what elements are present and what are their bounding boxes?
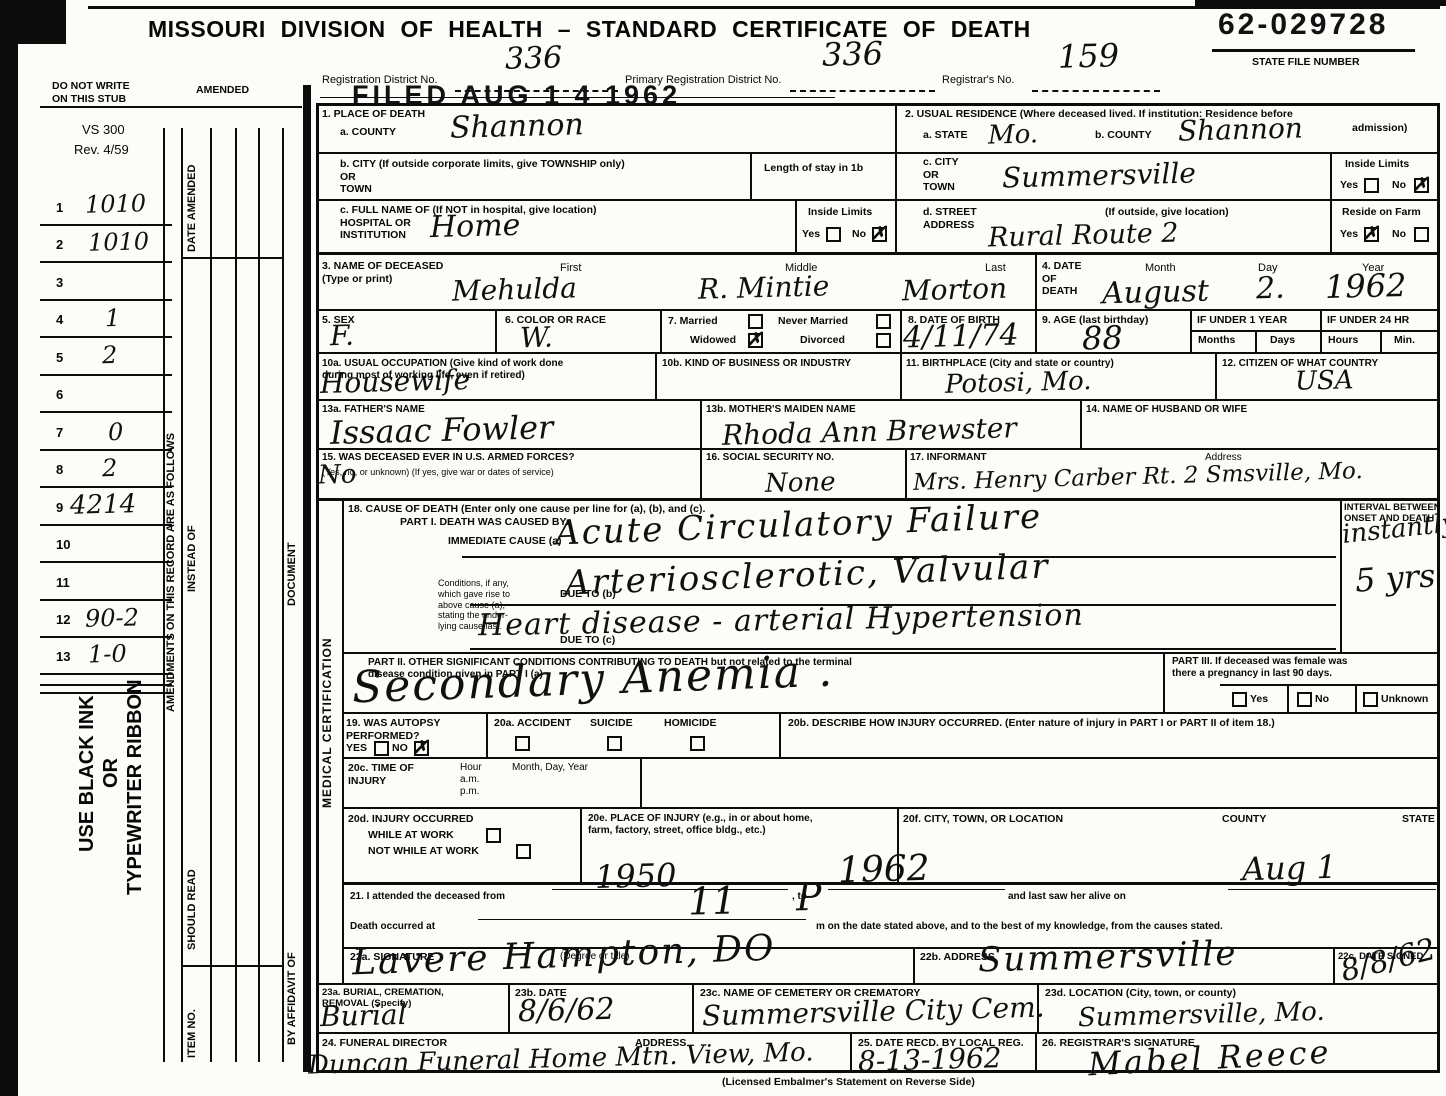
grid-line — [320, 97, 835, 98]
checkbox-never-married — [876, 314, 891, 329]
ur-county-value: Shannon — [1178, 114, 1304, 145]
state-file-number-label: STATE FILE NUMBER — [1252, 56, 1360, 69]
grid-line — [1032, 90, 1160, 92]
medical-certification-label: MEDICAL CERTIFICATION — [320, 637, 334, 808]
grid-line — [1228, 889, 1436, 890]
ur-state-value: Mo. — [988, 121, 1039, 148]
grid-line — [316, 983, 1440, 985]
grid-line — [316, 103, 1440, 106]
checkbox-married — [748, 314, 763, 329]
stub-row-value: 2 — [102, 456, 118, 480]
citizen-value: USA — [1295, 367, 1354, 395]
grid-line — [750, 152, 752, 199]
grid-line — [1080, 399, 1082, 448]
grid-line — [1163, 652, 1165, 712]
grid-line — [316, 352, 1440, 354]
grid-line — [342, 757, 1440, 759]
grid-line — [850, 1032, 852, 1070]
document-label: DOCUMENT — [286, 542, 298, 606]
should-read-label: SHOULD READ — [186, 869, 198, 950]
checkbox-pregnancy-no — [1297, 692, 1312, 707]
pod-county-value: Shannon — [450, 110, 585, 143]
last-saw-value: Aug 1 — [1242, 851, 1338, 885]
grid-line — [552, 889, 788, 890]
death-occurred-label: Death occurred at — [350, 921, 435, 933]
burial-date-value: 8/6/62 — [518, 995, 615, 1028]
grid-line — [580, 807, 582, 882]
no-label: No — [1392, 228, 1406, 241]
grid-line — [181, 257, 282, 259]
yes-caps-label: YES — [346, 742, 367, 755]
armed-forces-value: No — [318, 462, 357, 489]
stub-row-value: 1 — [105, 306, 121, 330]
checkbox-pregnancy-unknown — [1363, 692, 1378, 707]
grid-line — [640, 757, 642, 807]
ssn-label: 16. SOCIAL SECURITY NO. — [706, 452, 834, 464]
grid-line — [655, 352, 657, 399]
cemetery-value: Summersville City Cem. — [702, 994, 1045, 1031]
length-of-stay-label: Length of stay in 1b — [764, 162, 863, 175]
stub-row-num: 7 — [56, 425, 63, 441]
grid-line — [795, 199, 797, 252]
registrar-no-label: Registrar's No. — [942, 74, 1014, 87]
grid-line — [40, 299, 172, 301]
attended-from-value: 1950 — [595, 859, 677, 893]
time-of-injury-label: 20c. TIME OF INJURY — [348, 762, 414, 787]
grid-line — [1355, 684, 1357, 712]
grid-line — [1220, 684, 1440, 686]
part1-label: PART I. DEATH WAS CAUSED BY: — [400, 516, 569, 529]
grid-line — [660, 309, 662, 352]
sex-value: F. — [330, 322, 355, 351]
stub-row-num: 8 — [56, 462, 63, 478]
father-name-value: Issaac Fowler — [330, 411, 554, 449]
min-label: Min. — [1394, 334, 1415, 347]
grid-line — [900, 352, 902, 399]
stub-row-value: 1-0 — [88, 641, 127, 666]
grid-line — [210, 128, 212, 1062]
grid-line — [1255, 330, 1257, 352]
usual-residence-label: 2. USUAL RESIDENCE (Where deceased lived… — [905, 108, 1430, 121]
disposition-location-value: Summersville, Mo. — [1078, 999, 1325, 1031]
death-occurred-note: m on the date stated above, and to the b… — [816, 921, 1223, 933]
grid-line — [316, 498, 1440, 501]
stub-row-value: 4214 — [70, 491, 137, 519]
inside-limits-label: Inside Limits — [808, 206, 872, 219]
grid-line — [342, 652, 1440, 654]
grid-line — [1035, 1032, 1037, 1070]
ur-city-label: c. CITY OR TOWN — [923, 156, 959, 194]
grid-line — [1437, 103, 1440, 1072]
yes-label: Yes — [802, 228, 820, 241]
grid-line — [181, 965, 282, 967]
checkbox-divorced — [876, 333, 891, 348]
grid-line — [779, 712, 781, 757]
informant-value: Mrs. Henry Carber Rt. 2 Smsville, Mo. — [913, 460, 1363, 495]
stub-row-value: 0 — [108, 420, 124, 444]
birthplace-value: Potosi, Mo. — [945, 368, 1092, 398]
primary-district-value: 336 — [822, 37, 884, 71]
filed-stamp: FILED AUG 1 4 1962 — [352, 80, 681, 111]
reside-on-farm-label: Reside on Farm — [1342, 206, 1421, 219]
grid-line — [40, 561, 172, 563]
checkbox-farm-no — [1414, 227, 1429, 242]
date-recd-value: 8-13-1962 — [858, 1044, 1002, 1076]
grid-line — [40, 684, 172, 686]
part3-label: PART III. If deceased was female was the… — [1172, 656, 1347, 680]
checkbox-autopsy-yes — [374, 741, 389, 756]
grid-line — [316, 399, 1440, 401]
death-month-value: August — [1102, 277, 1210, 310]
grid-line — [316, 252, 1440, 255]
typewriter-ribbon-label: TYPEWRITER RIBBON — [124, 679, 147, 895]
spouse-label: 14. NAME OF HUSBAND OR WIFE — [1086, 404, 1247, 416]
grid-line — [282, 128, 284, 1062]
month-label: Month — [1145, 262, 1176, 275]
grid-line — [342, 712, 1440, 714]
grid-line — [258, 128, 260, 1062]
ur-street-value: Rural Route 2 — [988, 220, 1179, 252]
checkbox-while-at-work — [486, 828, 501, 843]
stub-row-value: 90-2 — [85, 605, 140, 630]
last-saw-label: and last saw her alive on — [1008, 891, 1126, 903]
days-label: Days — [1270, 334, 1295, 347]
stub-row-num: 12 — [56, 612, 70, 628]
no-label: No — [1392, 179, 1406, 192]
divorced-label: Divorced — [800, 334, 845, 347]
usual-residence-label2: admission) — [1352, 122, 1407, 135]
grid-line — [40, 261, 172, 263]
place-of-injury-label: 20e. PLACE OF INJURY (e.g., in or about … — [588, 813, 812, 837]
grid-line — [486, 712, 488, 757]
registrar-no-value: 159 — [1058, 39, 1120, 73]
grid-line — [40, 336, 172, 338]
informant-label: 17. INFORMANT — [910, 452, 987, 464]
homicide-label: HOMICIDE — [664, 717, 717, 730]
grid-line — [700, 448, 702, 498]
grid-line — [1190, 330, 1440, 332]
grid-line — [316, 152, 1440, 154]
state-file-number: 62-029728 — [1218, 8, 1388, 42]
no-caps-label: NO — [392, 742, 408, 755]
grid-line — [905, 448, 907, 498]
death-time-value: 11 — [688, 881, 737, 920]
stub-row-value: 1010 — [85, 191, 147, 217]
yes-label: Yes — [1340, 179, 1358, 192]
unknown-label: Unknown — [1381, 693, 1428, 706]
form-left-border — [303, 85, 311, 1072]
form-number: VS 300 — [82, 122, 125, 138]
ur-county-label: b. COUNTY — [1095, 129, 1152, 142]
grid-line — [40, 524, 172, 526]
stub-row-value: 1010 — [88, 229, 150, 255]
dob-value: 4/11/74 — [903, 320, 1019, 353]
first-name-value: Mehulda — [452, 274, 578, 305]
grid-line — [1212, 49, 1415, 52]
checkbox-pod-inside-no — [872, 227, 887, 242]
ssn-value: None — [765, 469, 836, 497]
ur-street-note: (If outside, give location) — [1105, 206, 1229, 219]
checkbox-pod-inside-yes — [826, 227, 841, 242]
yes-label: Yes — [1340, 228, 1358, 241]
inside-limits-label: Inside Limits — [1345, 158, 1409, 171]
item-no-label: ITEM NO. — [186, 1009, 198, 1058]
stub-row-num: 13 — [56, 649, 70, 665]
ur-city-value: Summersville — [1002, 159, 1197, 192]
grid-line — [508, 983, 510, 1032]
death-day-value: 2. — [1256, 274, 1285, 305]
county-label: COUNTY — [1222, 813, 1266, 826]
amendments-note: AMENDMENTS ON THIS RECORD ARE AS FOLLOWS — [165, 433, 177, 712]
stub-row-num: 6 — [56, 387, 63, 403]
grid-line — [470, 648, 1336, 650]
attended-to-value: 1962 — [838, 851, 931, 889]
no-label: No — [852, 228, 866, 241]
grid-line — [692, 983, 694, 1032]
never-married-label: Never Married — [778, 315, 848, 328]
state-label: STATE — [1402, 813, 1435, 826]
embalmer-note: (Licensed Embalmer's Statement on Revers… — [722, 1076, 975, 1089]
grid-line — [1035, 252, 1037, 352]
grid-line — [1380, 330, 1382, 352]
date-signed-value: 8/8/62 — [1338, 935, 1439, 987]
hour-ampm-label: Hour a.m. p.m. — [460, 762, 482, 798]
stub-row-num: 3 — [56, 275, 63, 291]
if-under-1-year-label: IF UNDER 1 YEAR — [1197, 314, 1287, 327]
due-to-c-value: Heart disease - arterial Hypertension — [478, 601, 1084, 642]
checkbox-ur-inside-no — [1414, 178, 1429, 193]
age-value: 88 — [1082, 321, 1124, 354]
while-at-work-label: WHILE AT WORK — [368, 829, 454, 842]
scan-edge-strip — [0, 0, 18, 1096]
interval-b-value: 5 yrs — [1354, 559, 1436, 597]
checkbox-homicide — [690, 736, 705, 751]
grid-line — [316, 448, 1440, 450]
grid-line — [1330, 152, 1332, 252]
grid-line — [700, 399, 702, 448]
grid-line — [235, 128, 237, 1062]
stub-row-num: 1 — [56, 200, 63, 216]
grid-line — [40, 486, 172, 488]
pod-institution-value: Home — [430, 211, 521, 243]
grid-line — [40, 449, 172, 451]
date-amended-label: DATE AMENDED — [186, 165, 198, 252]
stub-row-num: 2 — [56, 237, 63, 253]
suicide-label: SUICIDE — [590, 717, 633, 730]
or-label: OR — [100, 758, 123, 788]
grid-line — [40, 224, 172, 226]
grid-line — [1333, 947, 1335, 983]
grid-line — [342, 498, 344, 983]
grid-line — [316, 103, 319, 1072]
burial-value: Burial — [320, 1001, 407, 1031]
armed-forces-label: 15. WAS DECEASED EVER IN U.S. ARMED FORC… — [322, 452, 574, 464]
certifier-address-value: Summersville — [978, 937, 1238, 978]
middle-name-value: R. Mintie — [698, 272, 830, 303]
grid-line — [40, 599, 172, 601]
place-of-death-label: 1. PLACE OF DEATH — [322, 108, 425, 121]
name-of-deceased-label: 3. NAME OF DECEASED (Type or print) — [322, 260, 443, 285]
grid-line — [913, 947, 915, 983]
immediate-cause-label: IMMEDIATE CAUSE (a) — [448, 535, 562, 548]
mother-name-label: 13b. MOTHER'S MAIDEN NAME — [706, 404, 856, 416]
industry-label: 10b. KIND OF BUSINESS OR INDUSTRY — [662, 358, 851, 370]
grid-line — [478, 919, 806, 920]
by-affidavit-label: BY AFFIDAVIT OF — [286, 952, 298, 1045]
stub-row-num: 11 — [56, 575, 70, 591]
pod-city-label: b. CITY (If outside corporate limits, gi… — [340, 158, 625, 196]
checkbox-accident — [515, 736, 530, 751]
yes-label: Yes — [1250, 693, 1268, 706]
city-town-location-label: 20f. CITY, TOWN, OR LOCATION — [903, 813, 1063, 826]
certifier-signature-value: Lavere Hampton, DO — [352, 931, 777, 982]
checkbox-ur-inside-yes — [1364, 178, 1379, 193]
race-value: W. — [520, 324, 554, 353]
grid-line — [181, 128, 183, 1062]
scan-corner-blot — [0, 0, 66, 44]
grid-line — [316, 1032, 1440, 1034]
checkbox-not-while-at-work — [516, 844, 531, 859]
attended-from-label: 21. I attended the deceased from — [350, 891, 505, 903]
widowed-label: Widowed — [690, 334, 736, 347]
use-black-ink-label: USE BLACK INK — [76, 695, 99, 852]
ur-street-label: d. STREET ADDRESS — [923, 206, 977, 231]
death-certificate-scan: MISSOURI DIVISION OF HEALTH – STANDARD C… — [0, 0, 1446, 1096]
describe-injury-label: 20b. DESCRIBE HOW INJURY OCCURRED. (Ente… — [788, 717, 1275, 730]
do-not-write-label: DO NOT WRITE ON THIS STUB — [52, 80, 130, 105]
scan-top-right-line — [1195, 0, 1446, 6]
grid-line — [40, 374, 172, 376]
checkbox-suicide — [607, 736, 622, 751]
death-time-ampm: P — [796, 878, 823, 917]
grid-line — [900, 309, 902, 352]
armed-forces-note: (Yes, no, or unknown) (If yes, give war … — [322, 467, 554, 478]
grid-line — [316, 199, 1440, 201]
grid-line — [495, 309, 497, 352]
grid-line — [342, 807, 1440, 809]
stub-row-value: 2 — [102, 343, 118, 367]
occupation-value: Housewife — [320, 366, 471, 398]
stub-row-num: 5 — [56, 350, 63, 366]
grid-line — [40, 106, 302, 108]
not-while-at-work-label: NOT WHILE AT WORK — [368, 845, 479, 858]
form-revision: Rev. 4/59 — [74, 142, 129, 158]
last-name-value: Morton — [902, 275, 1008, 306]
date-of-death-label: 4. DATE OF DEATH — [1042, 260, 1081, 298]
grid-line — [895, 103, 897, 252]
checkbox-widowed — [748, 333, 763, 348]
checkbox-autopsy-no — [414, 741, 429, 756]
stub-row-num: 9 — [56, 500, 63, 516]
checkbox-pregnancy-yes — [1232, 692, 1247, 707]
stub-row-num: 4 — [56, 312, 63, 328]
grid-line — [40, 411, 172, 413]
grid-line — [316, 309, 1440, 311]
hours-label: Hours — [1328, 334, 1358, 347]
reg-district-value: 336 — [505, 43, 563, 74]
checkbox-farm-yes — [1364, 227, 1379, 242]
ur-state-label: a. STATE — [923, 129, 968, 142]
grid-line — [1215, 352, 1217, 399]
grid-line — [40, 636, 172, 638]
grid-line — [1287, 684, 1289, 712]
month-day-year-label: Month, Day, Year — [512, 762, 588, 774]
grid-line — [790, 90, 935, 92]
months-label: Months — [1198, 334, 1235, 347]
instead-of-label: INSTEAD OF — [186, 525, 198, 592]
certificate-title: MISSOURI DIVISION OF HEALTH – STANDARD C… — [148, 16, 1031, 44]
grid-line — [40, 673, 172, 675]
death-year-value: 1962 — [1325, 269, 1407, 303]
no-label: No — [1315, 693, 1329, 706]
disposition-location-label: 23d. LOCATION (City, town, or county) — [1045, 987, 1236, 1000]
amended-label: AMENDED — [196, 84, 249, 97]
stub-row-num: 10 — [56, 537, 70, 553]
grid-line — [828, 889, 1005, 890]
married-label: 7. Married — [668, 315, 718, 328]
if-under-24hr-label: IF UNDER 24 HR — [1327, 314, 1409, 327]
mother-name-value: Rhoda Ann Brewster — [722, 414, 1017, 450]
accident-label: 20a. ACCIDENT — [494, 717, 571, 730]
pod-county-label: a. COUNTY — [340, 126, 396, 139]
grid-line — [40, 692, 172, 694]
injury-occurred-label: 20d. INJURY OCCURRED — [348, 813, 473, 826]
